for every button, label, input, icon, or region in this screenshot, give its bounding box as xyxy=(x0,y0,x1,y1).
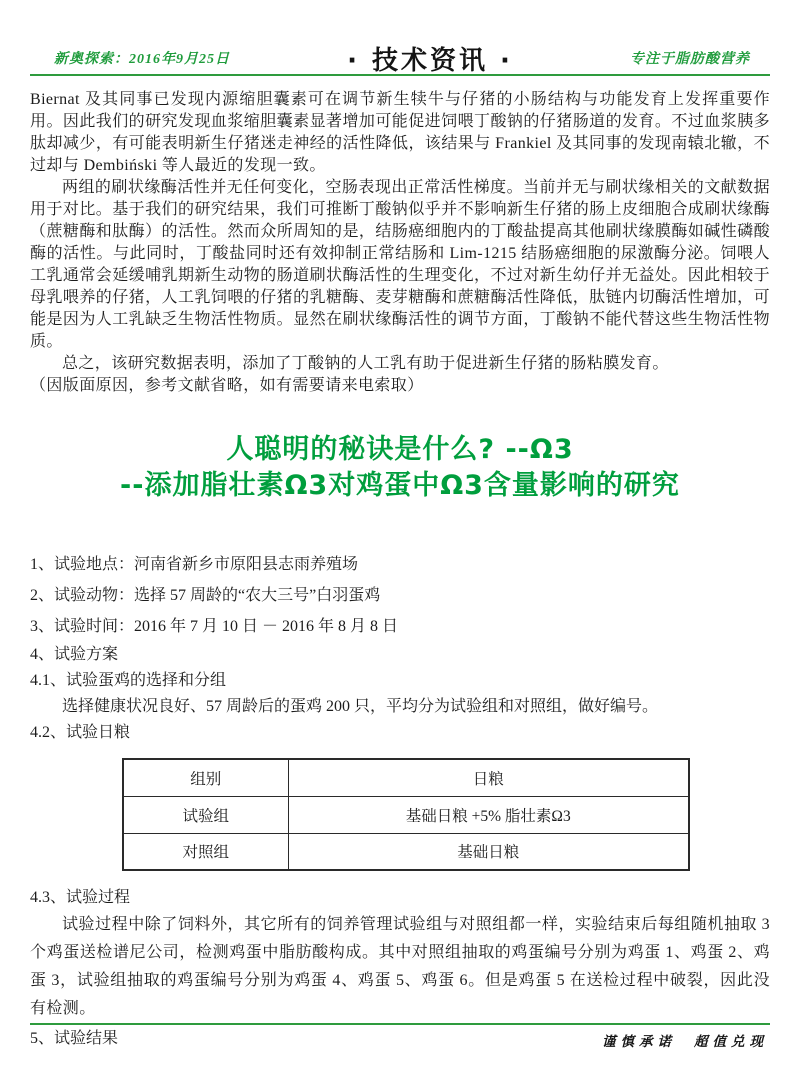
article-title-line2: --添加脂壮素Ω3对鸡蛋中Ω3含量影响的研究 xyxy=(0,468,800,504)
article-body: Biernat 及其同事已发现内源缩胆囊素可在调节新生犊牛与仔猪的小肠结构与功能… xyxy=(30,89,770,397)
footer-motto-left: 谨慎承诺 xyxy=(602,1034,676,1049)
table-header-cell: 组别 xyxy=(123,759,288,796)
diet-table: 组别 日粮 试验组 基础日粮 +5% 脂壮素Ω3 对照组 基础日粮 xyxy=(122,758,690,871)
section-heading-4-3: 4.3、试验过程 xyxy=(30,885,770,911)
table-cell: 对照组 xyxy=(123,833,288,870)
masthead-slogan: 专注于脂肪酸营养 xyxy=(630,48,770,68)
table-cell: 基础日粮 xyxy=(288,833,689,870)
table-header-row: 组别 日粮 xyxy=(123,759,689,796)
newsletter-page: 新奥探索：2016年9月25日 · 技术资讯 · 专注于脂肪酸营养 Bierna… xyxy=(0,0,800,1078)
list-item: 1、试验地点：河南省新乡市原阳县志雨养殖场 xyxy=(30,549,770,580)
section-paragraph-4-3: 试验过程中除了饲料外，其它所有的饲养管理试验组与对照组都一样，实验结束后每组随机… xyxy=(30,911,770,1023)
article-paragraph: 两组的刷状缘酶活性并无任何变化，空肠表现出正常活性梯度。当前并无与刷状缘相关的文… xyxy=(30,177,770,353)
list-item: 2、试验动物：选择 57 周龄的“农大三号”白羽蛋鸡 xyxy=(30,580,770,611)
article-title-line1: 人聪明的秘诀是什么? --Ω3 xyxy=(0,432,800,468)
table-row: 对照组 基础日粮 xyxy=(123,833,689,870)
list-item: 4.2、试验日粮 xyxy=(30,720,770,746)
table-header-cell: 日粮 xyxy=(288,759,689,796)
experiment-section: 1、试验地点：河南省新乡市原阳县志雨养殖场 2、试验动物：选择 57 周龄的“农… xyxy=(30,549,770,1053)
list-item: 3、试验时间：2016 年 7 月 10 日 － 2016 年 8 月 8 日 xyxy=(30,611,770,642)
header-rule xyxy=(30,74,770,76)
list-item: 4、试验方案 xyxy=(30,642,770,668)
article-reference-note: （因版面原因，参考文献省略，如有需要请来电索取） xyxy=(30,375,770,397)
article-paragraph: 总之，该研究数据表明，添加了丁酸钠的人工乳有助于促进新生仔猪的肠粘膜发育。 xyxy=(30,353,770,375)
article-title: 人聪明的秘诀是什么? --Ω3 --添加脂壮素Ω3对鸡蛋中Ω3含量影响的研究 xyxy=(0,432,800,504)
list-item: 选择健康状况良好、57 周龄后的蛋鸡 200 只，平均分为试验组和对照组，做好编… xyxy=(30,694,770,720)
table-cell: 基础日粮 +5% 脂壮素Ω3 xyxy=(288,796,689,833)
table-cell: 试验组 xyxy=(123,796,288,833)
list-item: 4.1、试验蛋鸡的选择和分组 xyxy=(30,668,770,694)
footer-motto: 谨慎承诺超值兑现 xyxy=(602,1030,768,1050)
footer-motto-right: 超值兑现 xyxy=(694,1034,768,1049)
masthead-date: 新奥探索：2016年9月25日 xyxy=(30,48,230,68)
footer-rule xyxy=(30,1023,770,1025)
table-row: 试验组 基础日粮 +5% 脂壮素Ω3 xyxy=(123,796,689,833)
masthead: 新奥探索：2016年9月25日 · 技术资讯 · 专注于脂肪酸营养 xyxy=(30,42,770,74)
page-title: · 技术资讯 · xyxy=(347,40,513,77)
article-paragraph: Biernat 及其同事已发现内源缩胆囊素可在调节新生犊牛与仔猪的小肠结构与功能… xyxy=(30,89,770,177)
